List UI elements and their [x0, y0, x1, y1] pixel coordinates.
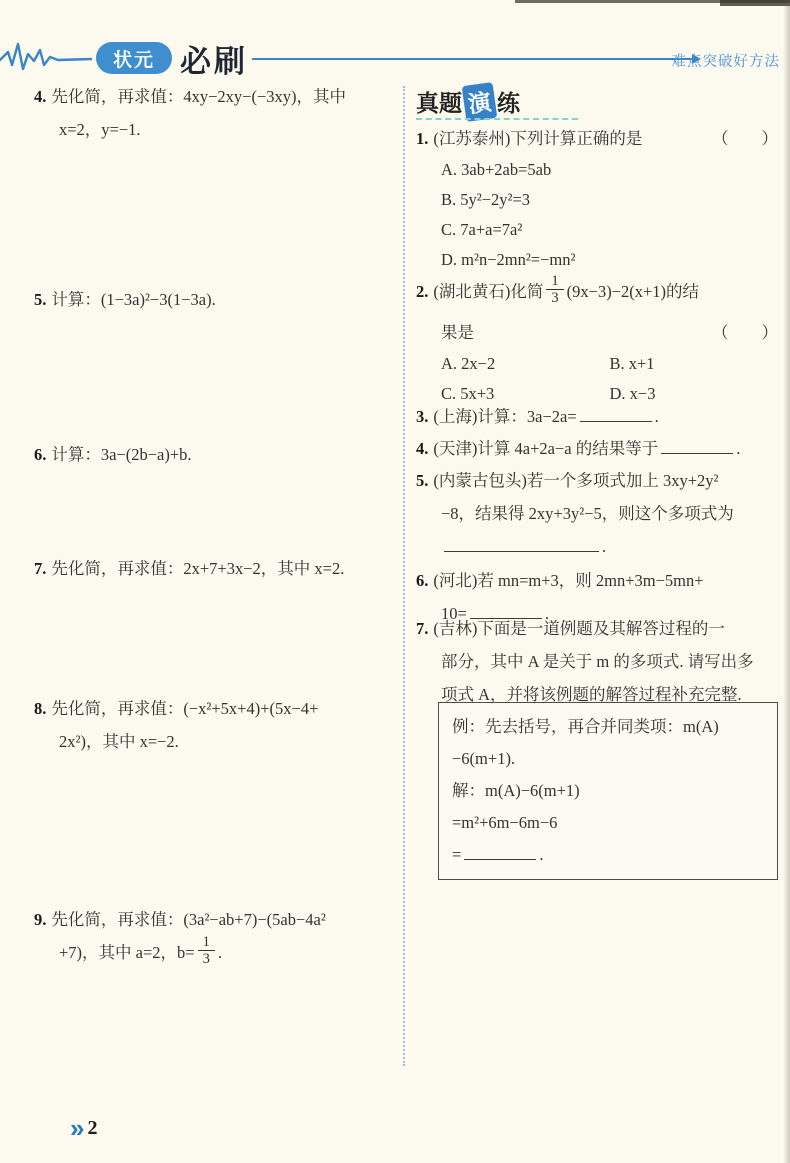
- problem-5: 5.计算：(1−3a)²−3(1−3a).: [34, 283, 394, 316]
- problem-text: (江苏泰州)下列计算正确的是: [433, 129, 642, 148]
- page-footer: » 2: [70, 1115, 97, 1141]
- option-a: A. 2x−2: [441, 349, 610, 379]
- fraction: 13: [198, 935, 215, 967]
- section-title: 真题演练: [416, 84, 520, 120]
- answer-bracket: （ ）: [712, 316, 778, 349]
- example-line: =m²+6m−6m−6: [452, 807, 764, 839]
- example-line: =: [452, 845, 461, 864]
- problem-text: (9x−3)−2(x+1)的结: [567, 282, 699, 301]
- section-title-highlight: 演: [462, 82, 498, 122]
- problem-r1: 1.(江苏泰州)下列计算正确的是 （ ） A. 3ab+2ab=5ab B. 5…: [416, 122, 778, 275]
- fraction: 13: [546, 274, 563, 306]
- left-column: 4.先化简，再求值：4xy−2xy−(−3xy)，其中 x=2，y=−1. 5.…: [34, 0, 394, 1163]
- problem-number: 6.: [416, 571, 428, 590]
- option-c: C. 7a+a=7a²: [416, 215, 778, 245]
- answer-blank: [464, 844, 536, 860]
- problem-9: 9.先化简，再求值：(3a²−ab+7)−(5ab−4a² +7)，其中 a=2…: [34, 903, 394, 970]
- problem-text: 先化简，再求值：4xy−2xy−(−3xy)，其中: [51, 87, 346, 106]
- problem-stem: 2.(湖北黄石)化简13(9x−3)−2(x+1)的结: [416, 268, 778, 316]
- example-box: 例：先去括号，再合并同类项：m(A) −6(m+1). 解：m(A)−6(m+1…: [438, 702, 778, 880]
- problem-text: .: [736, 439, 740, 458]
- problem-r2: 2.(湖北黄石)化简13(9x−3)−2(x+1)的结 果是 （ ） A. 2x…: [416, 268, 778, 409]
- problem-number: 2.: [416, 282, 428, 301]
- problem-r3: 3.(上海)计算：3a−2a=.: [416, 400, 778, 433]
- problem-number: 8.: [34, 699, 46, 718]
- example-line: −6(m+1).: [452, 743, 764, 775]
- workbook-page: 状元 必刷 难点突破好方法 4.先化简，再求值：4xy−2xy−(−3xy)，其…: [0, 0, 790, 1163]
- problem-number: 1.: [416, 129, 428, 148]
- answer-bracket: （ ）: [712, 122, 778, 155]
- section-title-post: 练: [497, 90, 520, 116]
- right-column: 真题演练 1.(江苏泰州)下列计算正确的是 （ ） A. 3ab+2ab=5ab…: [416, 0, 778, 1163]
- problem-text-row: .: [416, 530, 778, 563]
- problem-4: 4.先化简，再求值：4xy−2xy−(−3xy)，其中 x=2，y=−1.: [34, 80, 394, 146]
- problem-text: (河北)若 mn=m+3，则 2mn+3m−5mn+: [433, 571, 703, 590]
- problem-number: 7.: [34, 559, 46, 578]
- fraction-numerator: 1: [198, 935, 215, 950]
- problem-text: (天津)计算 4a+2a−a 的结果等于: [433, 439, 658, 458]
- problem-6: 6.计算：3a−(2b−a)+b.: [34, 438, 394, 471]
- example-line-row: =.: [452, 839, 764, 871]
- fraction-denominator: 3: [198, 950, 215, 967]
- problem-text: x=2，y=−1.: [34, 113, 394, 146]
- problem-number: 4.: [416, 439, 428, 458]
- fraction-denominator: 3: [546, 289, 563, 306]
- problem-text: 果是: [441, 316, 474, 349]
- problem-text: 先化简，再求值：2x+7+3x−2，其中 x=2.: [51, 559, 344, 578]
- chevron-right-icon: »: [70, 1115, 84, 1141]
- problem-text: 先化简，再求值：(3a²−ab+7)−(5ab−4a²: [51, 910, 325, 929]
- problem-text: 计算：3a−(2b−a)+b.: [51, 445, 191, 464]
- problem-text: (上海)计算：3a−2a=: [433, 407, 576, 426]
- problem-text: 计算：(1−3a)²−3(1−3a).: [51, 290, 215, 309]
- problem-number: 5.: [34, 290, 46, 309]
- option-b: B. 5y²−2y²=3: [416, 185, 778, 215]
- problem-number: 6.: [34, 445, 46, 464]
- problem-text: +7)，其中 a=2，b=13.: [34, 936, 394, 970]
- problem-7: 7.先化简，再求值：2x+7+3x−2，其中 x=2.: [34, 552, 394, 585]
- scan-edge-shadow: [783, 0, 790, 1163]
- example-line: 解：m(A)−6(m+1): [452, 775, 764, 807]
- column-divider: [403, 86, 405, 1066]
- example-line: 例：先去括号，再合并同类项：m(A): [452, 711, 764, 743]
- answer-blank: [444, 536, 599, 552]
- answer-blank: [661, 438, 733, 454]
- problem-number: 5.: [416, 471, 428, 490]
- page-number: 2: [87, 1117, 97, 1140]
- section-underline: [416, 118, 578, 120]
- problem-number: 9.: [34, 910, 46, 929]
- problem-text: (内蒙古包头)若一个多项式加上 3xy+2y²: [433, 471, 718, 490]
- problem-text: .: [655, 407, 659, 426]
- problem-r5: 5.(内蒙古包头)若一个多项式加上 3xy+2y² −8，结果得 2xy+3y²…: [416, 464, 778, 563]
- option-a: A. 3ab+2ab=5ab: [416, 155, 778, 185]
- example-line: .: [539, 845, 543, 864]
- problem-number: 3.: [416, 407, 428, 426]
- problem-text: .: [602, 537, 606, 556]
- fraction-numerator: 1: [546, 274, 563, 289]
- problem-stem-row: 1.(江苏泰州)下列计算正确的是 （ ）: [416, 122, 778, 155]
- problem-text: 部分，其中 A 是关于 m 的多项式. 请写出多: [416, 645, 778, 678]
- section-title-pre: 真题: [416, 90, 462, 116]
- problem-text: −8，结果得 2xy+3y²−5，则这个多项式为: [416, 497, 778, 530]
- answer-blank: [580, 406, 652, 422]
- problem-text: 先化简，再求值：(−x²+5x+4)+(5x−4+: [51, 699, 318, 718]
- problem-number: 4.: [34, 87, 46, 106]
- problem-r7: 7.(吉林)下面是一道例题及其解答过程的一 部分，其中 A 是关于 m 的多项式…: [416, 612, 778, 711]
- problem-text: (湖北黄石)化简: [433, 282, 543, 301]
- problem-text: 2x²)，其中 x=−2.: [34, 725, 394, 758]
- problem-r4: 4.(天津)计算 4a+2a−a 的结果等于.: [416, 432, 778, 465]
- problem-stem-row: 果是 （ ）: [416, 316, 778, 349]
- problem-number: 7.: [416, 619, 428, 638]
- problem-8: 8.先化简，再求值：(−x²+5x+4)+(5x−4+ 2x²)，其中 x=−2…: [34, 692, 394, 758]
- problem-text: .: [218, 943, 222, 962]
- problem-text: (吉林)下面是一道例题及其解答过程的一: [433, 619, 725, 638]
- option-b: B. x+1: [610, 349, 779, 379]
- problem-text: +7)，其中 a=2，b=: [59, 943, 195, 962]
